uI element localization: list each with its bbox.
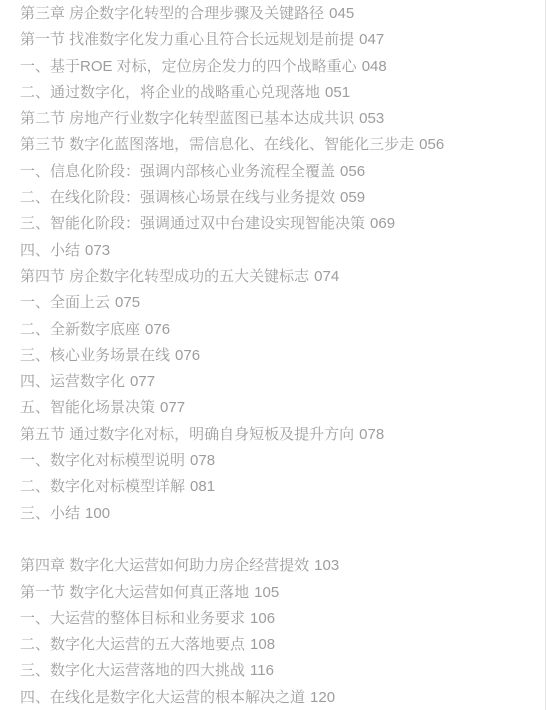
toc-entry-page: 051 [325, 84, 350, 101]
toc-entry-title: 三、数字化大运营落地的四大挑战 [20, 662, 245, 679]
toc-entry-item: 一、信息化阶段：强调内部核心业务流程全覆盖056 [20, 159, 545, 185]
toc-entry-title: 二、通过数字化，将企业的战略重心兑现落地 [20, 84, 320, 101]
toc-entry-item: 四、运营数字化077 [20, 369, 545, 395]
toc-entry-page: 108 [250, 636, 275, 653]
toc-entry-page: 100 [85, 505, 110, 522]
toc-entry-page: 047 [359, 31, 384, 48]
toc-entry-title: 二、全新数字底座 [20, 321, 140, 338]
toc-entry-title: 一、信息化阶段：强调内部核心业务流程全覆盖 [20, 163, 335, 180]
toc-entry-page: 076 [175, 347, 200, 364]
toc-entry-item: 三、小结100 [20, 501, 545, 527]
toc-entry-title: 第二节 房地产行业数字化转型蓝图已基本达成共识 [20, 110, 354, 127]
toc-entry-item: 四、小结073 [20, 238, 545, 264]
toc-entry-title: 三、小结 [20, 505, 80, 522]
toc-entry-title: 第三章 房企数字化转型的合理步骤及关键路径 [20, 5, 324, 22]
toc-entry-page: 056 [340, 163, 365, 180]
toc-entry-item: 一、全面上云075 [20, 290, 545, 316]
toc-page: 第三章 房企数字化转型的合理步骤及关键路径045 第一节 找准数字化发力重心且符… [0, 0, 546, 710]
toc-entry-section: 第五节 通过数字化对标，明确自身短板及提升方向078 [20, 422, 545, 448]
toc-entry-title: 五、智能化场景决策 [20, 399, 155, 416]
toc-entry-title: 四、运营数字化 [20, 373, 125, 390]
toc-entry-page: 077 [160, 399, 185, 416]
toc-entry-title: 二、数字化大运营的五大落地要点 [20, 636, 245, 653]
toc-entry-title: 一、大运营的整体目标和业务要求 [20, 610, 245, 627]
toc-entry-title: 第四章 数字化大运营如何助力房企经营提效 [20, 557, 309, 574]
toc-entry-page: 069 [370, 215, 395, 232]
toc-entry-item: 二、全新数字底座076 [20, 317, 545, 343]
toc-entry-title: 第四节 房企数字化转型成功的五大关键标志 [20, 268, 309, 285]
toc-entry-page: 078 [359, 426, 384, 443]
toc-entry-page: 106 [250, 610, 275, 627]
toc-entry-title: 一、全面上云 [20, 294, 110, 311]
toc-entry-item: 一、数字化对标模型说明078 [20, 448, 545, 474]
toc-entry-title: 四、小结 [20, 242, 80, 259]
toc-entry-page: 116 [250, 662, 274, 679]
toc-entry-page: 076 [145, 321, 170, 338]
toc-entry-section: 第二节 房地产行业数字化转型蓝图已基本达成共识053 [20, 106, 545, 132]
toc-entry-page: 078 [190, 452, 215, 469]
toc-entry-title: 第三节 数字化蓝图落地，需信息化、在线化、智能化三步走 [20, 136, 414, 153]
chapter-break [20, 527, 545, 553]
toc-entry-title: 第一节 数字化大运营如何真正落地 [20, 584, 249, 601]
toc-entry-title: 四、在线化是数字化大运营的根本解决之道 [20, 689, 305, 706]
toc-entry-title: 三、智能化阶段：强调通过双中台建设实现智能决策 [20, 215, 365, 232]
toc-entry-page: 056 [419, 136, 444, 153]
toc-entry-section: 第三节 数字化蓝图落地，需信息化、在线化、智能化三步走056 [20, 132, 545, 158]
toc-entry-page: 053 [359, 110, 384, 127]
toc-entry-chapter: 第四章 数字化大运营如何助力房企经营提效103 [20, 553, 545, 579]
toc-entry-page: 073 [85, 242, 110, 259]
toc-entry-title: 一、数字化对标模型说明 [20, 452, 185, 469]
toc-entry-item: 二、在线化阶段：强调核心场景在线与业务提效059 [20, 185, 545, 211]
toc-entry-page: 081 [190, 478, 215, 495]
toc-entry-page: 045 [329, 5, 354, 22]
toc-entry-section: 第一节 数字化大运营如何真正落地105 [20, 580, 545, 606]
toc-entry-title: 三、核心业务场景在线 [20, 347, 170, 364]
toc-entry-page: 120 [310, 689, 335, 706]
toc-entry-title: 一、基于ROE 对标，定位房企发力的四个战略重心 [20, 58, 357, 75]
toc-entry-page: 059 [340, 189, 365, 206]
toc-entry-page: 074 [314, 268, 339, 285]
toc-entry-page: 103 [314, 557, 339, 574]
toc-entry-section: 第四节 房企数字化转型成功的五大关键标志074 [20, 264, 545, 290]
toc-entry-page: 077 [130, 373, 155, 390]
toc-entry-section: 第一节 找准数字化发力重心且符合长远规划是前提047 [20, 27, 545, 53]
toc-entry-item: 三、核心业务场景在线076 [20, 343, 545, 369]
toc-entry-item: 三、智能化阶段：强调通过双中台建设实现智能决策069 [20, 211, 545, 237]
toc-entry-item: 二、数字化大运营的五大落地要点108 [20, 632, 545, 658]
toc-entry-title: 第一节 找准数字化发力重心且符合长远规划是前提 [20, 31, 354, 48]
toc-entry-title: 二、在线化阶段：强调核心场景在线与业务提效 [20, 189, 335, 206]
toc-entry-chapter: 第三章 房企数字化转型的合理步骤及关键路径045 [20, 1, 545, 27]
toc-entry-title: 第五节 通过数字化对标，明确自身短板及提升方向 [20, 426, 354, 443]
toc-entry-page: 075 [115, 294, 140, 311]
toc-entry-item: 一、大运营的整体目标和业务要求106 [20, 606, 545, 632]
toc-entry-item: 三、数字化大运营落地的四大挑战116 [20, 658, 545, 684]
toc-entry-item: 二、通过数字化，将企业的战略重心兑现落地051 [20, 80, 545, 106]
toc-entry-item: 一、基于ROE 对标，定位房企发力的四个战略重心048 [20, 54, 545, 80]
toc-entry-item: 五、智能化场景决策077 [20, 395, 545, 421]
toc-entry-page: 048 [362, 58, 387, 75]
toc-entry-item: 四、在线化是数字化大运营的根本解决之道120 [20, 685, 545, 710]
toc-entry-item: 二、数字化对标模型详解081 [20, 474, 545, 500]
toc-entry-title: 二、数字化对标模型详解 [20, 478, 185, 495]
toc-entry-page: 105 [254, 584, 279, 601]
